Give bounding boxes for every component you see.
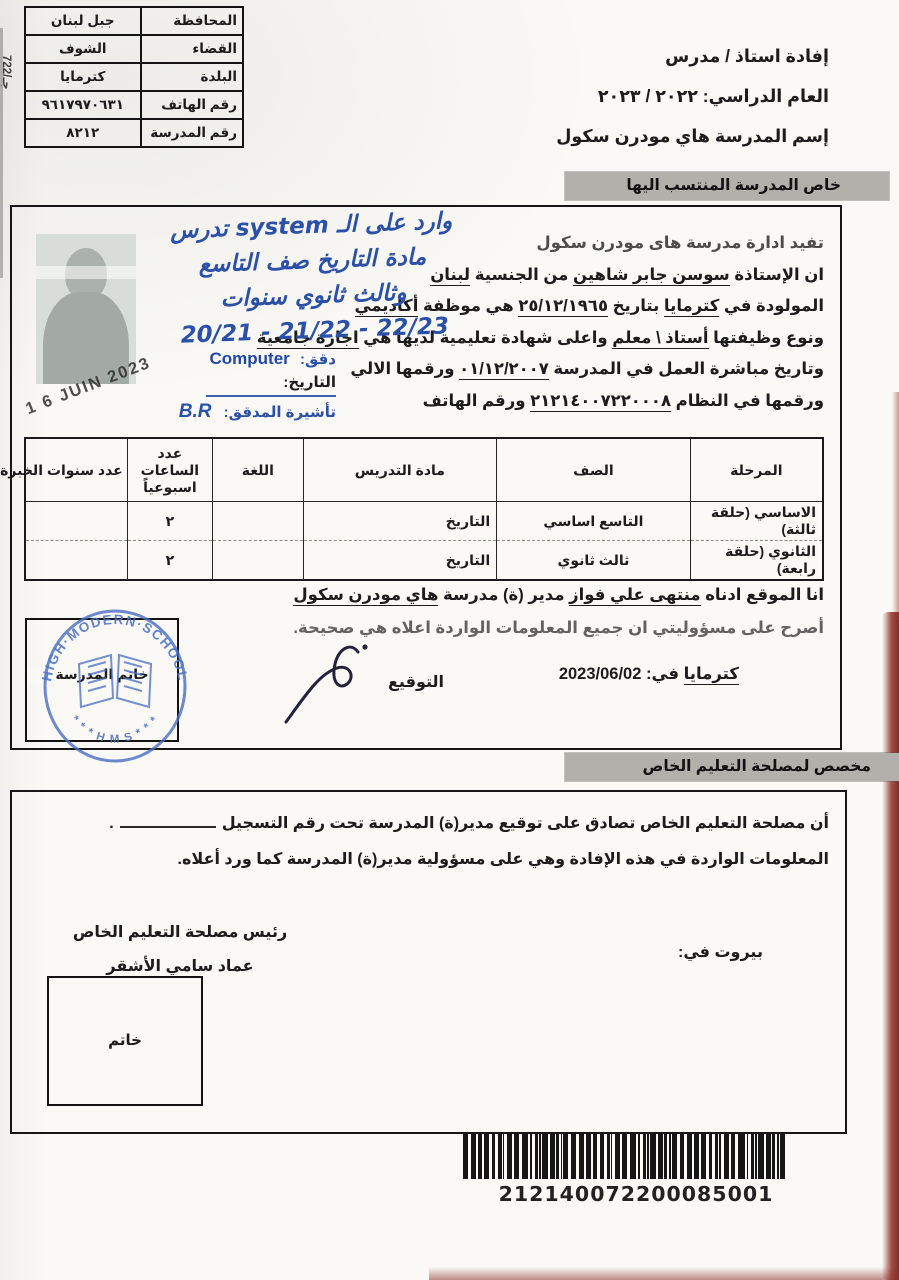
cell-language bbox=[213, 541, 304, 581]
svg-text:HIGH·MODERN·SCHOOL: HIGH·MODERN·SCHOOL bbox=[39, 612, 191, 683]
handwritten-note: وارد على الـ system تدرس مادة التاريخ صف… bbox=[144, 203, 483, 355]
cell-subject: التاريخ bbox=[303, 541, 497, 581]
info-value: ٩٦١٧٩٧٠٦٣١ bbox=[25, 91, 141, 119]
check-date-blank-line bbox=[206, 393, 336, 397]
info-label: القضاء bbox=[141, 35, 243, 63]
stamp-bottom-text: * * * H M S * * * bbox=[68, 714, 161, 746]
checked-by-row: دقق: Computer bbox=[140, 349, 336, 369]
col-subject: مادة التدريس bbox=[303, 438, 497, 502]
auditor-initials: B.R bbox=[179, 401, 212, 422]
col-stage: المرحلة bbox=[690, 438, 823, 502]
info-value: جبل لبنان bbox=[25, 7, 141, 35]
stamp-ring-text: HIGH·MODERN·SCHOOL bbox=[39, 612, 191, 683]
checker-block: دقق: Computer التاريخ: تأشيرة المدقق: B.… bbox=[140, 349, 336, 427]
table-row: الاساسي (حلقة ثالثة) التاسع اساسي التاري… bbox=[25, 502, 823, 541]
info-value: ٨٢١٢ bbox=[25, 119, 141, 147]
director-name: منتهى علي فواز bbox=[569, 586, 700, 606]
checked-by-value: Computer bbox=[210, 349, 290, 368]
col-language: اللغة bbox=[213, 438, 304, 502]
ministry-stamp-box: خاتم bbox=[47, 976, 203, 1106]
declaration-line-1: انا الموقع ادناه منتهى علي فواز مدير (ة)… bbox=[293, 579, 824, 612]
registration-number-blank bbox=[120, 822, 216, 828]
svg-text:* * * H M S * * *: * * * H M S * * * bbox=[68, 714, 161, 746]
place-date-line: كترمايا في: 2023/06/02 bbox=[559, 664, 739, 684]
cell-weekly-hours: ٢ bbox=[127, 541, 212, 581]
document-header: إفادة استاذ / مدرس العام الدراسي: ٢٠٢٢ /… bbox=[556, 36, 829, 156]
cell-class: ثالث ثانوي bbox=[497, 541, 691, 581]
section-header-school: خاص المدرسة المنتسب اليها bbox=[565, 172, 889, 200]
scan-red-backdrop-right bbox=[882, 612, 899, 1280]
cell-class: التاسع اساسي bbox=[497, 502, 691, 541]
cell-subject: التاريخ bbox=[303, 502, 497, 541]
col-weekly-hours: عدد الساعات اسبوعياً bbox=[127, 438, 212, 502]
chief-title: رئيس مصلحة التعليم الخاص bbox=[40, 916, 320, 950]
info-label: رقم المدرسة bbox=[141, 119, 243, 147]
auditor-visa-row: تأشيرة المدقق: B.R bbox=[140, 401, 336, 423]
photo-placeholder bbox=[36, 234, 136, 384]
teacher-name: سوسن جابر شاهين bbox=[573, 266, 730, 286]
open-book-icon bbox=[79, 655, 151, 707]
barcode-bars bbox=[460, 1133, 812, 1179]
auditor-visa-label: تأشيرة المدقق: bbox=[224, 404, 336, 421]
ministry-paragraph: أن مصلحة التعليم الخاص تصادق على توقيع م… bbox=[109, 806, 829, 878]
cell-language bbox=[213, 502, 304, 541]
scanned-teacher-certificate: 722/جـ إفادة استاذ / مدرس العام الدراسي:… bbox=[0, 0, 899, 1280]
birth-date: ٢٥/١٢/١٩٦٥ bbox=[518, 297, 608, 317]
school-name-line: إسم المدرسة هاي مودرن سكول bbox=[556, 116, 829, 156]
info-label: رقم الهاتف bbox=[141, 91, 243, 119]
director-signature-stroke bbox=[262, 636, 377, 728]
academic-year-line: العام الدراسي: ٢٠٢٢ / ٢٠٢٣ bbox=[556, 76, 829, 116]
col-class: الصف bbox=[497, 438, 691, 502]
section-header-ministry: مخصص لمصلحة التعليم الخاص bbox=[565, 753, 899, 781]
ministry-line-1: أن مصلحة التعليم الخاص تصادق على توقيع م… bbox=[109, 806, 829, 842]
location-info-table: المحافظة جبل لبنان القضاء الشوف البلدة ك… bbox=[24, 6, 244, 148]
registry-side-note: 722/جـ bbox=[0, 55, 14, 90]
place: كترمايا bbox=[684, 665, 739, 685]
job-title: أستاذ \ معلم bbox=[612, 329, 708, 349]
info-value: كترمايا bbox=[25, 63, 141, 91]
checked-by-label: دقق: bbox=[300, 351, 336, 368]
scan-red-backdrop-right-faint bbox=[892, 392, 899, 620]
check-date-row: التاريخ: bbox=[140, 373, 336, 397]
cell-stage: الاساسي (حلقة ثالثة) bbox=[690, 502, 823, 541]
barcode-number: 212140072200085001 bbox=[460, 1182, 812, 1206]
info-value: الشوف bbox=[25, 35, 141, 63]
info-label: المحافظة bbox=[141, 7, 243, 35]
school-stamp-seal: HIGH·MODERN·SCHOOL * * * H M S * * * bbox=[36, 600, 194, 770]
system-number: ٢١٢١٤٠٠٧٢٢٠٠٠٨ bbox=[530, 392, 671, 412]
cell-stage: الثانوي (حلقة رابعة) bbox=[690, 541, 823, 581]
scan-light-band bbox=[36, 266, 136, 279]
cell-experience bbox=[25, 502, 127, 541]
declaration-date: 2023/06/02 bbox=[559, 665, 642, 683]
table-header-row: المرحلة الصف مادة التدريس اللغة عدد السا… bbox=[25, 438, 823, 502]
birth-town: كترمايا bbox=[664, 297, 719, 317]
col-experience-years: عدد سنوات الخبرة bbox=[25, 438, 127, 502]
cell-experience bbox=[25, 541, 127, 581]
ministry-line-2: المعلومات الواردة في هذه الإفادة وهي على… bbox=[109, 842, 829, 878]
certificate-line-systemnumber: ورقمها في النظام ٢١٢١٤٠٠٧٢٢٠٠٠٨ ورقم اله… bbox=[257, 386, 824, 418]
document-title: إفادة استاذ / مدرس bbox=[556, 36, 829, 76]
beirut-date-label: بيروت في: bbox=[678, 942, 763, 962]
scan-red-backdrop-bottom bbox=[429, 1267, 899, 1280]
signature-label: التوقيع bbox=[388, 672, 444, 692]
ministry-stamp-label: خاتم bbox=[49, 978, 201, 1104]
table-row: البلدة كترمايا bbox=[25, 63, 243, 91]
table-row: رقم الهاتف ٩٦١٧٩٧٠٦٣١ bbox=[25, 91, 243, 119]
chief-block: رئيس مصلحة التعليم الخاص عماد سامي الأشق… bbox=[40, 916, 320, 984]
work-start-date: ٠١/١٢/٢٠٠٧ bbox=[459, 360, 549, 380]
table-row: المحافظة جبل لبنان bbox=[25, 7, 243, 35]
table-row: القضاء الشوف bbox=[25, 35, 243, 63]
cell-weekly-hours: ٢ bbox=[127, 502, 212, 541]
table-row: الثانوي (حلقة رابعة) ثالث ثانوي التاريخ … bbox=[25, 541, 823, 581]
certificate-line-startdate: وتاريخ مباشرة العمل في المدرسة ٠١/١٢/٢٠٠… bbox=[257, 354, 824, 386]
info-label: البلدة bbox=[141, 63, 243, 91]
table-row: رقم المدرسة ٨٢١٢ bbox=[25, 119, 243, 147]
teaching-table: المرحلة الصف مادة التدريس اللغة عدد السا… bbox=[24, 437, 824, 581]
school-name: هاي مودرن سكول bbox=[293, 586, 438, 606]
check-date-label: التاريخ: bbox=[283, 374, 336, 391]
